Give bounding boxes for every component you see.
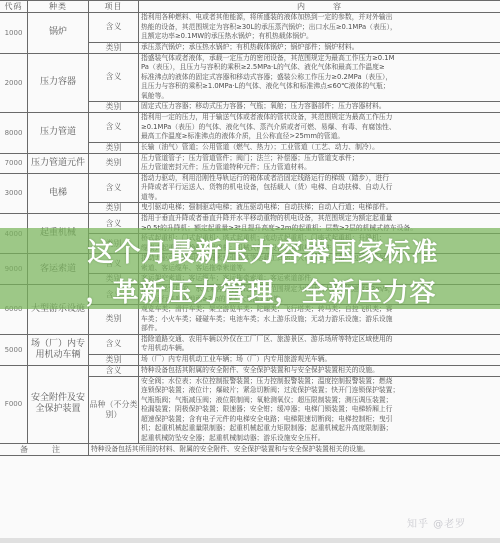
content-line: 固定式压力容器；移动式压力容器；气瓶；氧舱；压力容器部件；压力容器材料。 bbox=[141, 102, 500, 112]
item-content: 长输（油气）管道；公用管道（燃气、热力）；工业管道（工艺、动力、制冷）。 bbox=[139, 142, 500, 153]
equipment-kind: 锅炉 bbox=[28, 13, 89, 54]
content-line: 标准沸点的液体的固定式容器和移动式容器；盛装公称工作压力≥0.2MPa（表压）， bbox=[141, 73, 500, 83]
content-line: 检漏装置；阴极保护装置；限速器；安全钳；缓冲器；电梯门锁装置；电梯轿厢上行 bbox=[141, 405, 500, 415]
item-label: 类别 bbox=[89, 203, 139, 214]
item-label: 类别 bbox=[89, 354, 139, 365]
article-headline: 这个月最新压力容器国家标准 ，革新压力管理，全新压力容 bbox=[0, 233, 500, 313]
item-label: 类别 bbox=[89, 153, 139, 173]
item-label: 含义 bbox=[89, 53, 139, 102]
table-row: 7000压力管道元件类别压力管道管子；压力管道管件；阀门；法兰；补偿器；压力管道… bbox=[0, 153, 500, 173]
item-content: 承压蒸汽锅炉；承压热水锅炉；有机热载体锅炉；锅炉部件；锅炉材料。 bbox=[139, 42, 500, 53]
content-line: 场（厂）内专用机动工业车辆；场（厂）内专用旅游观光车辆。 bbox=[141, 355, 500, 365]
content-line: 最高工作温度≥标准沸点的液体介质，且公称直径>25mm的管道。 bbox=[141, 132, 500, 142]
table-row: 3000电梯含义指动力驱动，利用沿刚性导轨运行的箱体或者沿固定线路运行的梯级（踏… bbox=[0, 173, 500, 203]
item-content: 指盛装气体或者液体，承载一定压力的密闭设备，其范围规定为最高工作压力≥0.1MP… bbox=[139, 53, 500, 102]
item-content: 压力管道管子；压力管道管件；阀门；法兰；补偿器；压力管道支承件；压力管道密封元件… bbox=[139, 153, 500, 173]
item-content: 指利用一定的压力，用于输送气体或者液体的管状设备，其范围规定为最高工作压力≥0.… bbox=[139, 113, 500, 143]
equipment-code: 3000 bbox=[0, 173, 28, 214]
content-line: Pa（表压），且压力与容积的乘积≥2.5MPa·L的气体、液化气体和最高工作温度… bbox=[141, 63, 500, 73]
content-line: 压力管道密封元件；压力管道特种元件；压力管道材料。 bbox=[141, 163, 500, 173]
headline-line-1: 这个月最新压力容器国家标准 bbox=[0, 233, 500, 273]
content-line: 指动力驱动，利用沿刚性导轨运行的箱体或者沿固定线路运行的梯级（踏步），进行 bbox=[141, 174, 500, 184]
content-line: 且额定功率≥0.1MW的承压热水锅炉；有机热载体锅炉。 bbox=[141, 32, 500, 42]
item-label: 品种（不分类别） bbox=[89, 376, 139, 444]
equipment-kind: 压力管道元件 bbox=[28, 153, 89, 173]
item-label: 类别 bbox=[89, 142, 139, 153]
item-content: 安全阀；水位表；水位控制报警装置；压力控制报警装置；温度控制报警装置；燃烧连锁保… bbox=[139, 376, 500, 444]
content-line: 起重机械防坠安全器；起重机械制动器；游乐设施安全压杆。 bbox=[141, 434, 500, 444]
content-line: 特种设备包括其附属的安全附件、安全保护装置和与安全保护装置相关的设施。 bbox=[141, 366, 500, 376]
equipment-code: 2000 bbox=[0, 53, 28, 113]
table-row: 8000压力管道含义指利用一定的压力，用于输送气体或者液体的管状设备，其范围规定… bbox=[0, 113, 500, 143]
equipment-code: 7000 bbox=[0, 153, 28, 173]
content-line: 连锁保护装置；液位计；爆破片；紧急切断阀；过流保护装置；快开门连锁保护装置； bbox=[141, 386, 500, 396]
equipment-kind: 场（厂）内专用机动车辆 bbox=[28, 334, 89, 365]
item-content: 特种设备包括其附属的安全附件、安全保护装置和与安全保护装置相关的设施。 bbox=[139, 365, 500, 376]
header-code: 代码 bbox=[0, 1, 28, 13]
equipment-kind: 压力容器 bbox=[28, 53, 89, 113]
headline-line-2: ，革新压力管理，全新压力容 bbox=[0, 273, 500, 313]
content-line: 氧舱等。 bbox=[141, 92, 500, 102]
content-line: 升降或者平行运送人、货物的机电设备，包括载人（货）电梯、自动扶梯、自动人行 bbox=[141, 183, 500, 193]
content-line: 部件。 bbox=[141, 324, 500, 334]
table-header-row: 代码 种类 项目 内 容 bbox=[0, 1, 500, 13]
content-line: 超速保护装置；含有电子元件的电梯安全电路；电梯限速切断阀；电梯控制柜；曳引 bbox=[141, 415, 500, 425]
header-item: 项目 bbox=[89, 1, 139, 13]
document-page: 代码 种类 项目 内 容 1000锅炉含义指利用各种燃料、电或者其他能源，将所盛… bbox=[0, 0, 500, 543]
item-content: 固定式压力容器；移动式压力容器；气瓶；氧舱；压力容器部件；压力容器材料。 bbox=[139, 102, 500, 113]
content-line: 专用机动车辆。 bbox=[141, 344, 500, 354]
item-content: 指除道路交通、农用车辆以外仅在工厂厂区、旅游景区、游乐场所等特定区域使用的专用机… bbox=[139, 334, 500, 354]
content-line: 且压力与容积的乘积≥1.0MPa·L的气体、液化气体和标准沸点≤60℃液体的气瓶… bbox=[141, 82, 500, 92]
content-line: ≥0.1MPa（表压）的气体、液化气体、蒸汽介质或者可燃、易爆、有毒、有腐蚀性、 bbox=[141, 123, 500, 133]
item-label: 含义 bbox=[89, 13, 139, 43]
table-row: F000安全附件及安全保护装置含义特种设备包括其附属的安全附件、安全保护装置和与… bbox=[0, 365, 500, 376]
equipment-code: 5000 bbox=[0, 334, 28, 365]
equipment-code: 1000 bbox=[0, 13, 28, 54]
item-label: 类别 bbox=[89, 102, 139, 113]
content-line: 承压蒸汽锅炉；承压热水锅炉；有机热载体锅炉；锅炉部件；锅炉材料。 bbox=[141, 43, 500, 53]
table-row: 5000场（厂）内专用机动车辆含义指除道路交通、农用车辆以外仅在工厂厂区、旅游景… bbox=[0, 334, 500, 354]
item-label: 含义 bbox=[89, 113, 139, 143]
content-line: 指利用各种燃料、电或者其他能源，将所盛装的液体加热到一定的参数，并对外输出 bbox=[141, 13, 500, 23]
content-line: 气瓶瓶阀；气瓶减压阀；液位限制阀；氧舱测氧仪；超压限制装置；测压调压装置； bbox=[141, 396, 500, 406]
item-label: 含义 bbox=[89, 365, 139, 376]
item-content: 曳引驱动电梯；强制驱动电梯；液压驱动电梯；自动扶梯；自动人行道；电梯部件。 bbox=[139, 203, 500, 214]
remark-label: 备 注 bbox=[0, 444, 89, 456]
equipment-code: 8000 bbox=[0, 113, 28, 154]
item-content: 场（厂）内专用机动工业车辆；场（厂）内专用旅游观光车辆。 bbox=[139, 354, 500, 365]
zhihu-watermark: 知乎 @老罗 bbox=[407, 515, 466, 530]
item-content: 指利用各种燃料、电或者其他能源，将所盛装的液体加热到一定的参数，并对外输出热能的… bbox=[139, 13, 500, 43]
content-line: 长输（油气）管道；公用管道（燃气、热力）；工业管道（工艺、动力、制冷）。 bbox=[141, 143, 500, 153]
content-line: 热能的设备，其范围规定为容积≥30L的承压蒸汽锅炉；出口水压≥0.1MPa（表压… bbox=[141, 23, 500, 33]
content-line: 安全阀；水位表；水位控制报警装置；压力控制报警装置；温度控制报警装置；燃烧 bbox=[141, 377, 500, 387]
equipment-kind: 电梯 bbox=[28, 173, 89, 214]
content-line: 指除道路交通、农用车辆以外仅在工厂厂区、旅游景区、游乐场所等特定区域使用的 bbox=[141, 335, 500, 345]
page-bottom-edge bbox=[0, 538, 500, 543]
item-label: 含义 bbox=[89, 173, 139, 203]
item-label: 类别 bbox=[89, 42, 139, 53]
item-label: 含义 bbox=[89, 334, 139, 354]
remark-row: 备 注特种设备包括其所用的材料、附属的安全附件、安全保护装置和与安全保护装置相关… bbox=[0, 444, 500, 456]
header-kind: 种类 bbox=[28, 1, 89, 13]
table-row: 1000锅炉含义指利用各种燃料、电或者其他能源，将所盛装的液体加热到一定的参数，… bbox=[0, 13, 500, 43]
equipment-kind: 压力管道 bbox=[28, 113, 89, 154]
content-line: 道等。 bbox=[141, 193, 500, 203]
content-line: 压力管道管子；压力管道管件；阀门；法兰；补偿器；压力管道支承件； bbox=[141, 154, 500, 164]
content-line: 机；起重机械起重量限制器；起重机械起重力矩限制器；起重机械起升高度限制器； bbox=[141, 424, 500, 434]
equipment-code: F000 bbox=[0, 365, 28, 444]
table-row: 2000压力容器含义指盛装气体或者液体，承载一定压力的密闭设备，其范围规定为最高… bbox=[0, 53, 500, 102]
item-content: 指动力驱动，利用沿刚性导轨运行的箱体或者沿固定线路运行的梯级（踏步），进行升降或… bbox=[139, 173, 500, 203]
content-line: 车类；小火车类；碰碰车类；电池车类；水上游乐设施；无动力游乐设施；游乐设施 bbox=[141, 315, 500, 325]
remark-text: 特种设备包括其所用的材料、附属的安全附件、安全保护装置和与安全保护装置相关的设施… bbox=[89, 444, 500, 456]
content-line: 指盛装气体或者液体，承载一定压力的密闭设备，其范围规定为最高工作压力≥0.1M bbox=[141, 54, 500, 64]
content-line: 曳引驱动电梯；强制驱动电梯；液压驱动电梯；自动扶梯；自动人行道；电梯部件。 bbox=[141, 203, 500, 213]
content-line: 指用于垂直升降或者垂直升降并水平移动重物的机电设备，其范围规定为额定起重量 bbox=[141, 214, 500, 224]
content-line: 指利用一定的压力，用于输送气体或者液体的管状设备，其范围规定为最高工作压力 bbox=[141, 113, 500, 123]
equipment-kind: 安全附件及安全保护装置 bbox=[28, 365, 89, 444]
header-content: 内 容 bbox=[139, 1, 500, 13]
